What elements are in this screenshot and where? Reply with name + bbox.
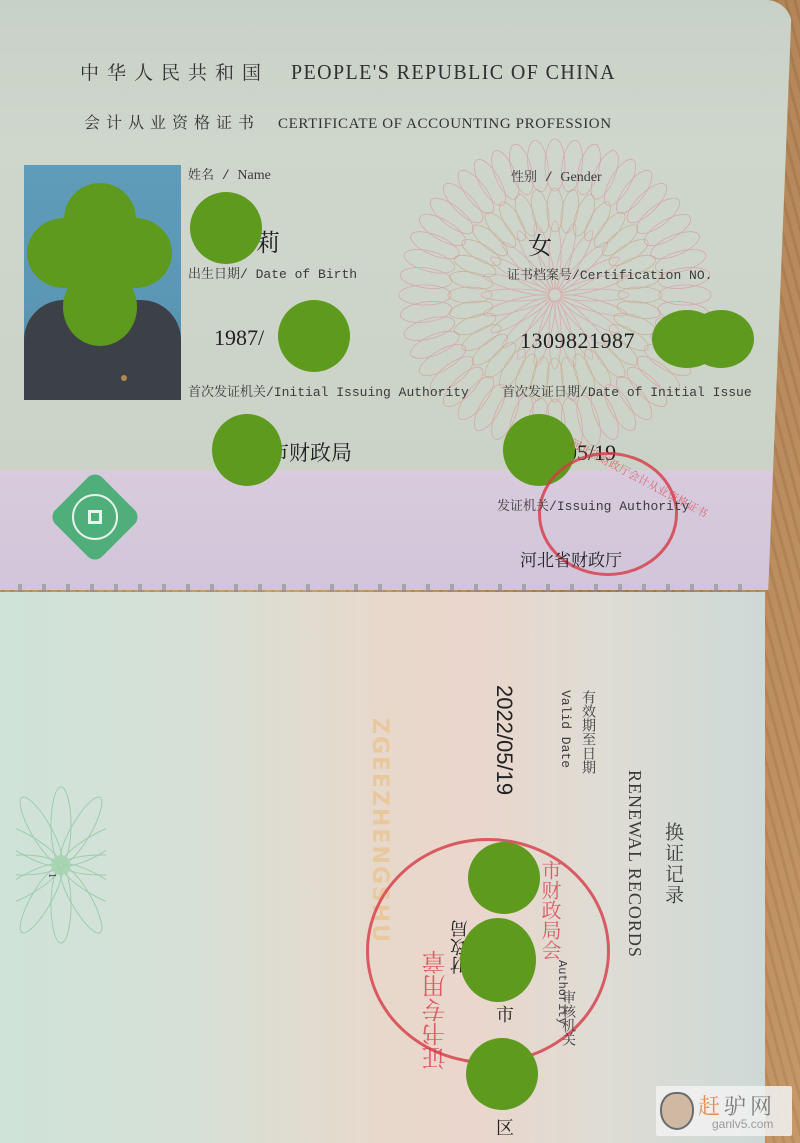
- initial-date-label: 首次发证日期/Date of Initial Issue: [502, 381, 752, 400]
- review-authority-label-en: Authority: [555, 960, 569, 1025]
- review-authority-value-part: 区: [490, 1118, 516, 1136]
- certificate-title-cn: 会计从业资格证书: [84, 110, 260, 133]
- header-certificate-row: 会计从业资格证书 CERTIFICATE OF ACCOUNTING PROFE…: [84, 110, 612, 133]
- name-label: 姓名 / Name: [188, 164, 271, 184]
- gender-label: 性别 / Gender: [511, 166, 602, 186]
- renewal-title-cn: 换证记录: [660, 822, 687, 906]
- cert-no-label: 证书档案号/Certification NO.: [507, 264, 712, 283]
- page-number: 1: [46, 873, 57, 878]
- site-watermark: 赶驴网 ganlv5.com: [656, 1086, 792, 1136]
- gender-value: 女: [528, 226, 552, 261]
- initial-authority-label: 首次发证机关/Initial Issuing Authority: [188, 381, 469, 400]
- donkey-mascot-icon: [660, 1092, 694, 1130]
- page-number-guilloche-icon: [16, 780, 106, 950]
- page-perforation: [0, 584, 760, 592]
- watermark-url: ganlv5.com: [712, 1117, 773, 1131]
- review-authority-redaction: [460, 918, 536, 1002]
- review-authority-redaction: [468, 842, 540, 914]
- review-authority-redaction: [466, 1038, 538, 1110]
- country-name-en: PEOPLE'S REPUBLIC OF CHINA: [291, 60, 616, 85]
- city-seal-arc-text: 市财政局会: [536, 860, 565, 960]
- emblem-square-hole: [88, 510, 102, 524]
- renewal-title-en: RENEWAL RECORDS: [624, 770, 645, 958]
- dob-label: 出生日期/ Date of Birth: [188, 263, 357, 282]
- certificate-title-en: CERTIFICATE OF ACCOUNTING PROFESSION: [278, 116, 612, 133]
- initial-authority-redaction: [212, 414, 282, 486]
- issuing-authority-value: 河北省财政厅: [520, 546, 622, 571]
- valid-date-value: 2022/05/19: [491, 685, 517, 795]
- valid-date-label-cn: 有效期至日期: [578, 690, 598, 774]
- dob-redaction: [278, 300, 350, 372]
- dob-value: 1987/: [214, 325, 264, 351]
- photo-redaction: [63, 268, 137, 346]
- valid-date-label-en: Valid Date: [558, 690, 573, 768]
- name-redaction: [190, 192, 262, 264]
- country-name-cn: 中华人民共和国: [80, 58, 269, 85]
- cert-no-value: 1309821987: [520, 328, 635, 354]
- issuing-authority-label: 发证机关/Issuing Authority: [497, 495, 689, 514]
- header-country-row: 中华人民共和国 PEOPLE'S REPUBLIC OF CHINA: [80, 58, 633, 85]
- cert-no-redaction: [688, 310, 754, 368]
- review-authority-value-part: 市: [490, 1005, 516, 1023]
